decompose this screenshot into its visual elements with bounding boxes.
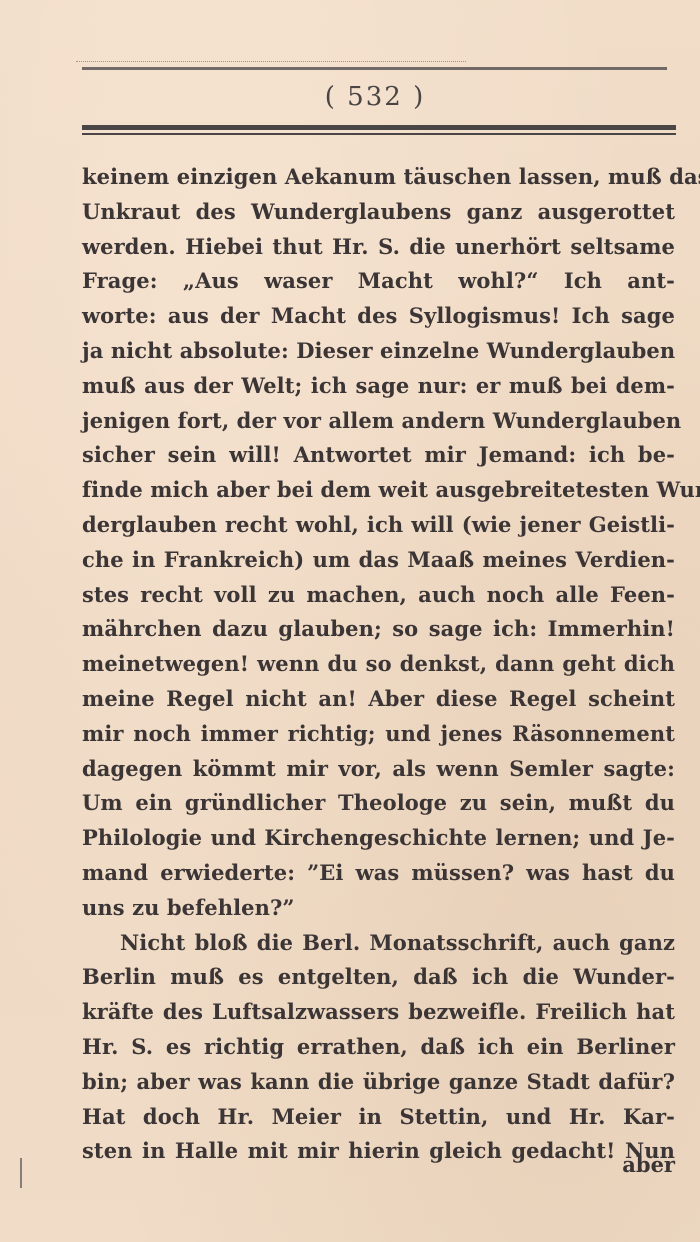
text-line: Philologie und Kirchengeschichte lernen;… bbox=[82, 821, 675, 856]
text-line: Hat doch Hr. Meier in Stettin, und Hr. K… bbox=[82, 1100, 675, 1135]
header-top-rule bbox=[82, 67, 667, 70]
text-line: Berlin muß es entgelten, daß ich die Wun… bbox=[82, 960, 675, 995]
text-line-paragraph-start: Nicht bloß die Berl. Monatsschrift, auch… bbox=[82, 926, 675, 961]
text-line: dagegen kömmt mir vor, als wenn Semler s… bbox=[82, 752, 675, 787]
text-line: Frage: „Aus waser Macht wohl?“ Ich ant- bbox=[82, 264, 675, 299]
body-text: keinem einzigen Aekanum täuschen lassen,… bbox=[82, 160, 675, 1169]
text-line: sten in Halle mit mir hierin gleich geda… bbox=[82, 1134, 675, 1169]
catchword: aber bbox=[622, 1152, 675, 1177]
text-line: derglauben recht wohl, ich will (wie jen… bbox=[82, 508, 675, 543]
text-line-paragraph-end: uns zu befehlen?” bbox=[82, 891, 675, 926]
text-line: mährchen dazu glauben; so sage ich: Imme… bbox=[82, 612, 675, 647]
text-line: werden. Hiebei thut Hr. S. die unerhört … bbox=[82, 230, 675, 265]
text-line: meinetwegen! wenn du so denkst, dann geh… bbox=[82, 647, 675, 682]
text-line: mir noch immer richtig; und jenes Räsonn… bbox=[82, 717, 675, 752]
text-line: bin; aber was kann die übrige ganze Stad… bbox=[82, 1065, 675, 1100]
header-double-rule bbox=[82, 125, 676, 135]
text-line: finde mich aber bei dem weit ausgebreite… bbox=[82, 473, 675, 508]
text-line: ja nicht absolute: Dieser einzelne Wunde… bbox=[82, 334, 675, 369]
text-line: meine Regel nicht an! Aber diese Regel s… bbox=[82, 682, 675, 717]
text-line: worte: aus der Macht des Syllogismus! Ic… bbox=[82, 299, 675, 334]
header-dotted-rule bbox=[76, 61, 466, 64]
page-number: ( 532 ) bbox=[0, 82, 700, 112]
text-line: keinem einzigen Aekanum täuschen lassen,… bbox=[82, 160, 675, 195]
text-line: sicher sein will! Antwortet mir Jemand: … bbox=[82, 438, 675, 473]
text-line: Hr. S. es richtig errathen, daß ich ein … bbox=[82, 1030, 675, 1065]
text-line: che in Frankreich) um das Maaß meines Ve… bbox=[82, 543, 675, 578]
rule-thick bbox=[82, 125, 676, 130]
text-line: Um ein gründlicher Theologe zu sein, muß… bbox=[82, 786, 675, 821]
text-line: mand erwiederte: ”Ei was müssen? was has… bbox=[82, 856, 675, 891]
rule-thin bbox=[82, 133, 676, 135]
text-line: Unkraut des Wunderglaubens ganz ausgerot… bbox=[82, 195, 675, 230]
text-line: kräfte des Luftsalzwassers bezweifle. Fr… bbox=[82, 995, 675, 1030]
text-line: stes recht voll zu machen, auch noch all… bbox=[82, 578, 675, 613]
margin-mark bbox=[20, 1158, 22, 1188]
text-line: jenigen fort, der vor allem andern Wunde… bbox=[82, 404, 675, 439]
text-line: muß aus der Welt; ich sage nur: er muß b… bbox=[82, 369, 675, 404]
